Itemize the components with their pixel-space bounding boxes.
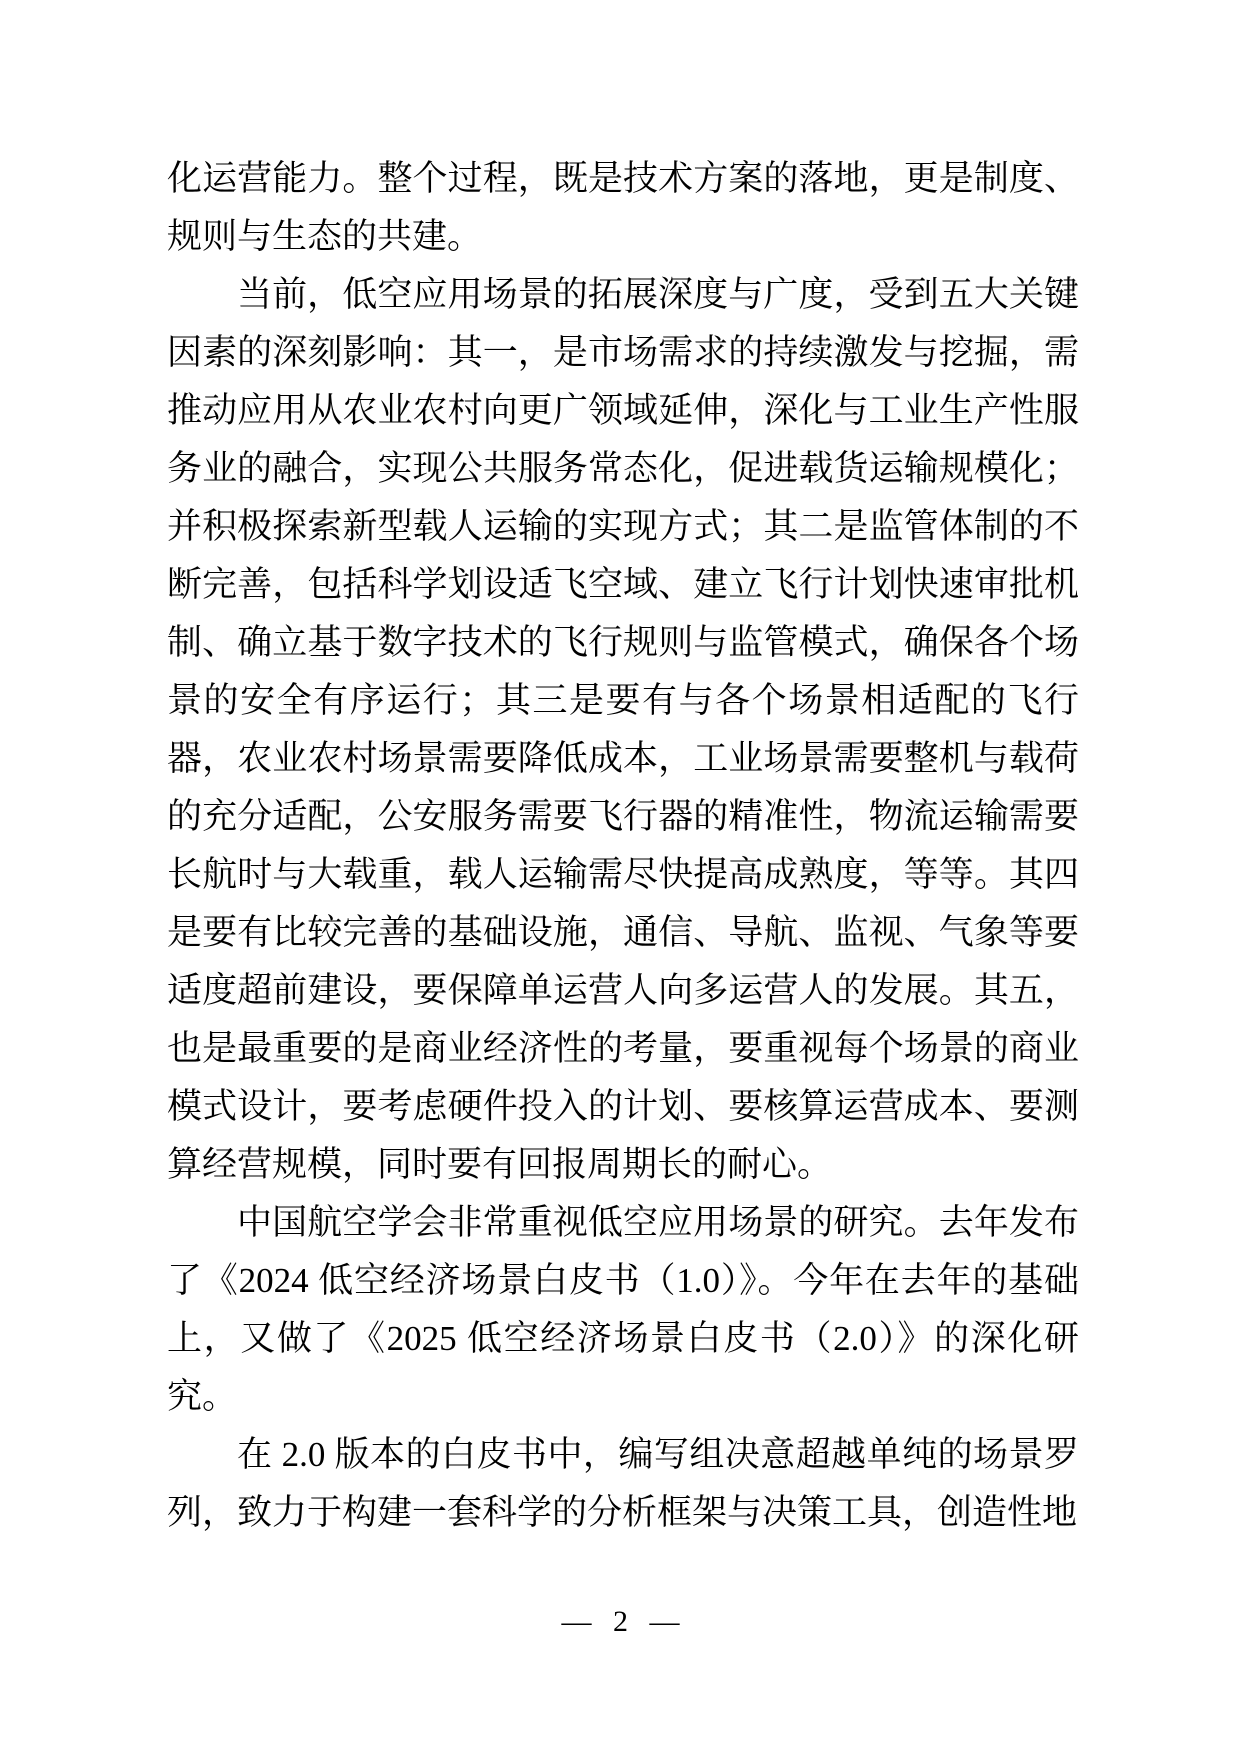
document-body: 化运营能力。整个过程，既是技术方案的落地，更是制度、规则与生态的共建。 当前，低… xyxy=(167,150,1079,1542)
paragraph-whitepaper-history: 中国航空学会非常重视低空应用场景的研究。去年发布了《2024 低空经济场景白皮书… xyxy=(167,1194,1079,1426)
paragraph-five-factors: 当前，低空应用场景的拓展深度与广度，受到五大关键因素的深刻影响：其一，是市场需求… xyxy=(167,266,1079,1194)
paragraph-continuation: 化运营能力。整个过程，既是技术方案的落地，更是制度、规则与生态的共建。 xyxy=(167,150,1079,266)
page-number: — 2 — xyxy=(0,1602,1241,1642)
document-page: 化运营能力。整个过程，既是技术方案的落地，更是制度、规则与生态的共建。 当前，低… xyxy=(0,0,1241,1754)
paragraph-version-2-intro: 在 2.0 版本的白皮书中，编写组决意超越单纯的场景罗列，致力于构建一套科学的分… xyxy=(167,1426,1079,1542)
